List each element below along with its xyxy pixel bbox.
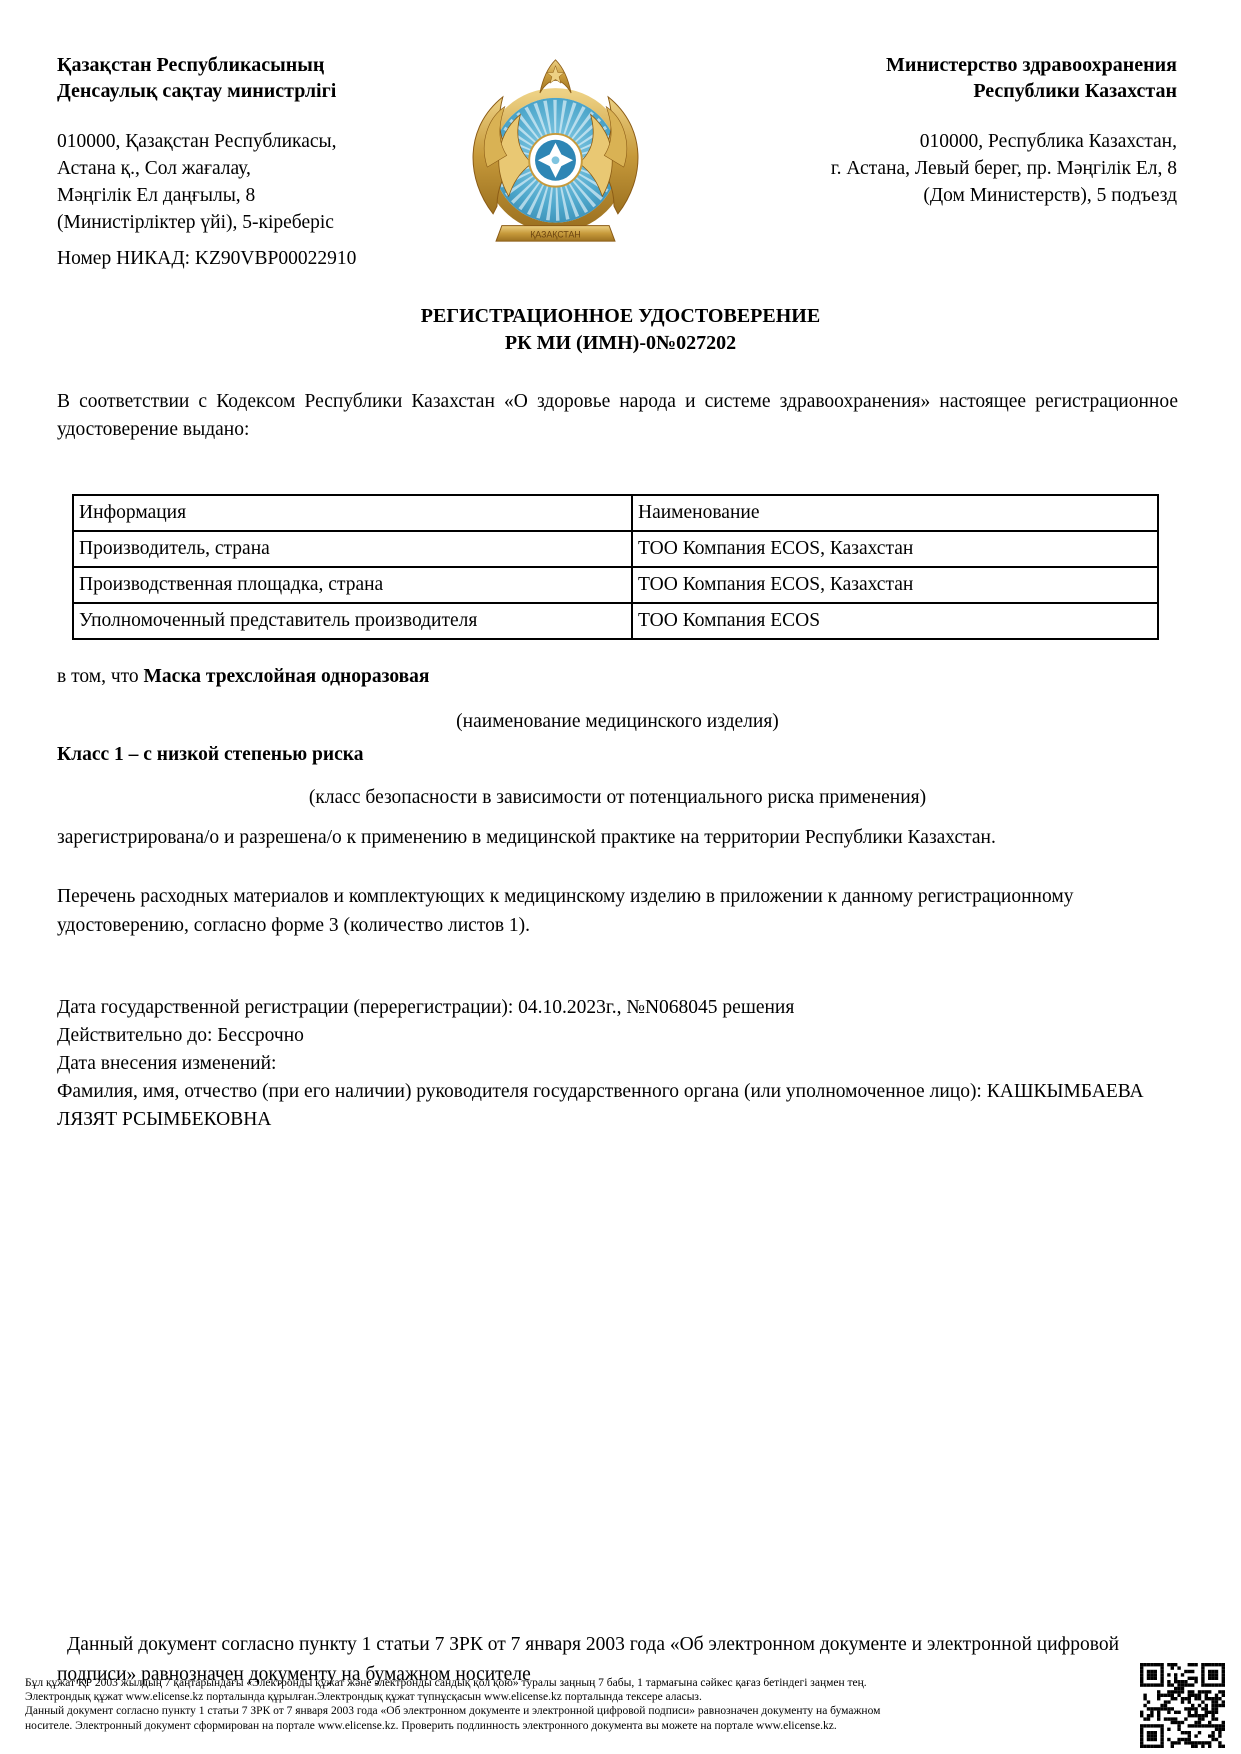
table-cell: ТОО Компания ECOS xyxy=(632,603,1158,639)
amendment-date-line: Дата внесения изменений: xyxy=(57,1050,1178,1078)
risk-class-caption: (класс безопасности в зависимости от пот… xyxy=(57,787,1178,809)
annex-paragraph: Перечень расходных материалов и комплект… xyxy=(57,882,1178,940)
table-cell: Информация xyxy=(73,495,632,531)
fine-print-line: Данный документ согласно пункту 1 статьи… xyxy=(25,1704,1135,1718)
registered-paragraph: зарегистрирована/о и разрешена/о к приме… xyxy=(57,823,1178,852)
statement-prefix: в том, что xyxy=(57,666,144,687)
nikad-number: Номер НИКАД: KZ90VBP00022910 xyxy=(57,248,447,270)
qr-code xyxy=(1140,1663,1225,1748)
registration-certificate-document: Қазақстан Республикасының Денсаулық сақт… xyxy=(0,0,1241,1754)
table-cell: Уполномоченный представитель производите… xyxy=(73,603,632,639)
table-cell: Наименование xyxy=(632,495,1158,531)
intro-paragraph: В соответствии с Кодексом Республики Каз… xyxy=(57,388,1178,444)
risk-class-line: Класс 1 – с низкой степенью риска xyxy=(57,744,1178,766)
registration-details: Дата государственной регистрации (перере… xyxy=(57,994,1178,1134)
statement-line: в том, что Маска трехслойная одноразовая xyxy=(57,666,1178,688)
document-number: РК МИ (ИМН)-0№027202 xyxy=(0,330,1241,357)
address-kz-line: Мәңгілік Ел даңғылы, 8 xyxy=(57,182,447,209)
ministry-name-ru-line2: Республики Казахстан xyxy=(757,78,1177,104)
table-cell: Производственная площадка, страна xyxy=(73,567,632,603)
kazakhstan-coat-of-arms-icon: ҚАЗАҚСТАН xyxy=(458,50,653,252)
table-row: Уполномоченный представитель производите… xyxy=(73,603,1158,639)
fine-print-line: носителе. Электронный документ сформиров… xyxy=(25,1719,1135,1733)
product-name: Маска трехслойная одноразовая xyxy=(144,666,430,687)
valid-until-line: Действительно до: Бессрочно xyxy=(57,1022,1178,1050)
ministry-name-kz-line1: Қазақстан Республикасының xyxy=(57,52,447,78)
official-name-line: Фамилия, имя, отчество (при его наличии)… xyxy=(57,1078,1178,1134)
registration-date-line: Дата государственной регистрации (перере… xyxy=(57,994,1178,1022)
address-ru-line: г. Астана, Левый берег, пр. Мәңгілік Ел,… xyxy=(757,155,1177,182)
header-right-russian: Министерство здравоохранения Республики … xyxy=(757,52,1177,209)
info-table: Информация Наименование Производитель, с… xyxy=(72,494,1159,640)
table-row: Информация Наименование xyxy=(73,495,1158,531)
table-cell: Производитель, страна xyxy=(73,531,632,567)
fine-print-line: Бұл құжат ҚР 2003 жылдың 7 қаңтарындағы … xyxy=(25,1676,1135,1690)
fine-print-block: Бұл құжат ҚР 2003 жылдың 7 қаңтарындағы … xyxy=(25,1676,1135,1733)
emblem-banner-text: ҚАЗАҚСТАН xyxy=(530,229,580,239)
address-kz-line: Астана қ., Сол жағалау, xyxy=(57,155,447,182)
product-caption: (наименование медицинского изделия) xyxy=(57,711,1178,733)
address-kz-line: 010000, Қазақстан Республикасы, xyxy=(57,128,447,155)
address-kz-line: (Министірліктер үйі), 5-кіреберіс xyxy=(57,209,447,236)
table-row: Производитель, страна ТОО Компания ECOS,… xyxy=(73,531,1158,567)
table-cell: ТОО Компания ECOS, Казахстан xyxy=(632,567,1158,603)
document-title-line1: РЕГИСТРАЦИОННОЕ УДОСТОВЕРЕНИЕ xyxy=(0,303,1241,330)
ministry-name-kz-line2: Денсаулық сақтау министрлігі xyxy=(57,78,447,104)
address-ru-line: (Дом Министерств), 5 подъезд xyxy=(757,182,1177,209)
fine-print-line: Электрондық құжат www.elicense.kz портал… xyxy=(25,1690,1135,1704)
table-cell: ТОО Компания ECOS, Казахстан xyxy=(632,531,1158,567)
header-left-kazakh: Қазақстан Республикасының Денсаулық сақт… xyxy=(57,52,447,270)
table-row: Производственная площадка, страна ТОО Ко… xyxy=(73,567,1158,603)
address-ru-line: 010000, Республика Казахстан, xyxy=(757,128,1177,155)
document-title: РЕГИСТРАЦИОННОЕ УДОСТОВЕРЕНИЕ РК МИ (ИМН… xyxy=(0,303,1241,357)
ministry-name-ru-line1: Министерство здравоохранения xyxy=(757,52,1177,78)
